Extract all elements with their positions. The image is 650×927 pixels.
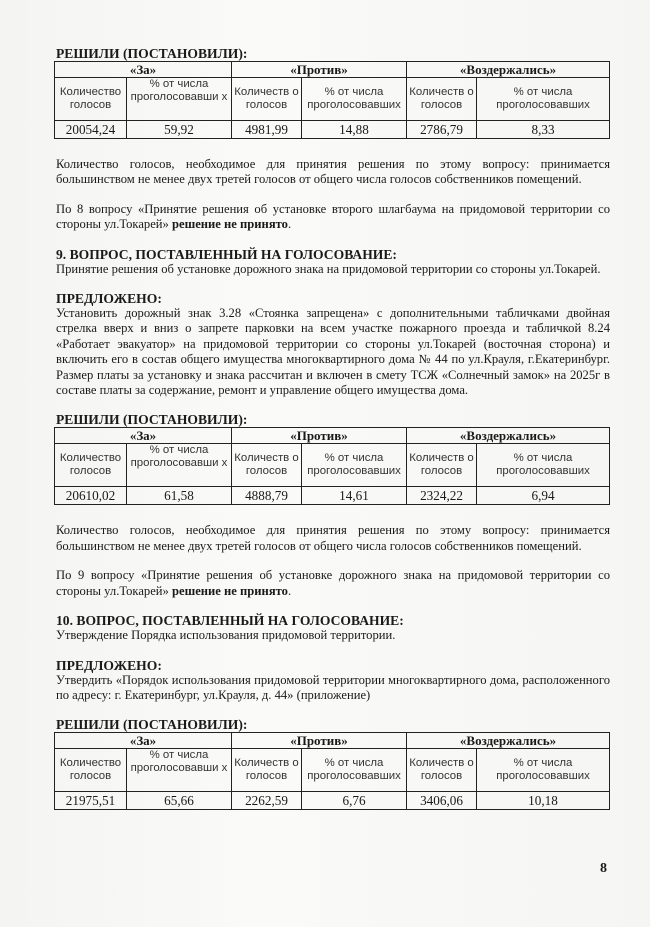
header-for: «За» [55, 62, 232, 78]
for-count: 20054,24 [55, 121, 127, 139]
col-count: Количеств о голосов [232, 444, 302, 487]
page-number: 8 [600, 861, 607, 877]
abstain-count: 3406,06 [407, 792, 477, 810]
question-text: Утверждение Порядка использования придом… [56, 628, 610, 643]
proposed-text: Утвердить «Порядок использования придомо… [56, 673, 610, 704]
header-abstain: «Воздержались» [407, 62, 610, 78]
for-percent: 65,66 [127, 792, 232, 810]
col-percent: % от числа проголосовавши х [127, 78, 232, 121]
proposed-text: Установить дорожный знак 3.28 «Стоянка з… [56, 306, 610, 398]
table-row: 20610,02 61,58 4888,79 14,61 2324,22 6,9… [55, 487, 610, 505]
for-count: 20610,02 [55, 487, 127, 505]
col-percent: % от числа проголосовавших [302, 444, 407, 487]
question-heading: 9. ВОПРОС, ПОСТАВЛЕННЫЙ НА ГОЛОСОВАНИЕ: [56, 247, 610, 262]
proposed-heading: ПРЕДЛОЖЕНО: [56, 658, 610, 673]
required-votes-text: Количество голосов, необходимое для прин… [56, 523, 610, 554]
col-count: Количество голосов [55, 749, 127, 792]
decided-heading: РЕШИЛИ (ПОСТАНОВИЛИ): [56, 717, 610, 732]
table-row: 21975,51 65,66 2262,59 6,76 3406,06 10,1… [55, 792, 610, 810]
abstain-percent: 10,18 [477, 792, 610, 810]
against-count: 4981,99 [232, 121, 302, 139]
result-status: решение не принято [172, 584, 288, 598]
votes-table-q10: «За» «Против» «Воздержались» Количество … [54, 732, 610, 810]
abstain-percent: 8,33 [477, 121, 610, 139]
col-count: Количеств о голосов [407, 749, 477, 792]
decided-heading: РЕШИЛИ (ПОСТАНОВИЛИ): [56, 412, 610, 427]
against-percent: 14,61 [302, 487, 407, 505]
header-for: «За» [55, 733, 232, 749]
col-percent: % от числа проголосовавших [477, 444, 610, 487]
for-percent: 59,92 [127, 121, 232, 139]
abstain-count: 2324,22 [407, 487, 477, 505]
result-text: По 8 вопросу «Принятие решения об устано… [56, 202, 610, 233]
header-against: «Против» [232, 428, 407, 444]
col-count: Количеств о голосов [232, 78, 302, 121]
header-against: «Против» [232, 733, 407, 749]
col-count: Количеств о голосов [407, 78, 477, 121]
col-percent: % от числа проголосовавших [302, 78, 407, 121]
header-abstain: «Воздержались» [407, 428, 610, 444]
col-count: Количеств о голосов [232, 749, 302, 792]
abstain-count: 2786,79 [407, 121, 477, 139]
result-text: По 9 вопросу «Принятие решения об устано… [56, 568, 610, 599]
col-count: Количество голосов [55, 78, 127, 121]
against-percent: 6,76 [302, 792, 407, 810]
decided-heading: РЕШИЛИ (ПОСТАНОВИЛИ): [56, 46, 610, 61]
proposed-heading: ПРЕДЛОЖЕНО: [56, 291, 610, 306]
header-against: «Против» [232, 62, 407, 78]
for-percent: 61,58 [127, 487, 232, 505]
page-content: РЕШИЛИ (ПОСТАНОВИЛИ): «За» «Против» «Воз… [56, 46, 610, 810]
col-percent: % от числа проголосовавших [302, 749, 407, 792]
for-count: 21975,51 [55, 792, 127, 810]
table-row: 20054,24 59,92 4981,99 14,88 2786,79 8,3… [55, 121, 610, 139]
question-heading: 10. ВОПРОС, ПОСТАВЛЕННЫЙ НА ГОЛОСОВАНИЕ: [56, 613, 610, 628]
required-votes-text: Количество голосов, необходимое для прин… [56, 157, 610, 188]
col-count: Количество голосов [55, 444, 127, 487]
header-for: «За» [55, 428, 232, 444]
col-percent: % от числа проголосовавши х [127, 749, 232, 792]
against-percent: 14,88 [302, 121, 407, 139]
question-text: Принятие решения об установке дорожного … [56, 262, 610, 277]
header-abstain: «Воздержались» [407, 733, 610, 749]
col-count: Количеств о голосов [407, 444, 477, 487]
col-percent: % от числа проголосовавши х [127, 444, 232, 487]
votes-table-q8: «За» «Против» «Воздержались» Количество … [54, 61, 610, 139]
against-count: 4888,79 [232, 487, 302, 505]
against-count: 2262,59 [232, 792, 302, 810]
document-page: РЕШИЛИ (ПОСТАНОВИЛИ): «За» «Против» «Воз… [0, 0, 650, 927]
abstain-percent: 6,94 [477, 487, 610, 505]
result-status: решение не принято [172, 217, 288, 231]
col-percent: % от числа проголосовавших [477, 749, 610, 792]
votes-table-q9: «За» «Против» «Воздержались» Количество … [54, 427, 610, 505]
col-percent: % от числа проголосовавших [477, 78, 610, 121]
